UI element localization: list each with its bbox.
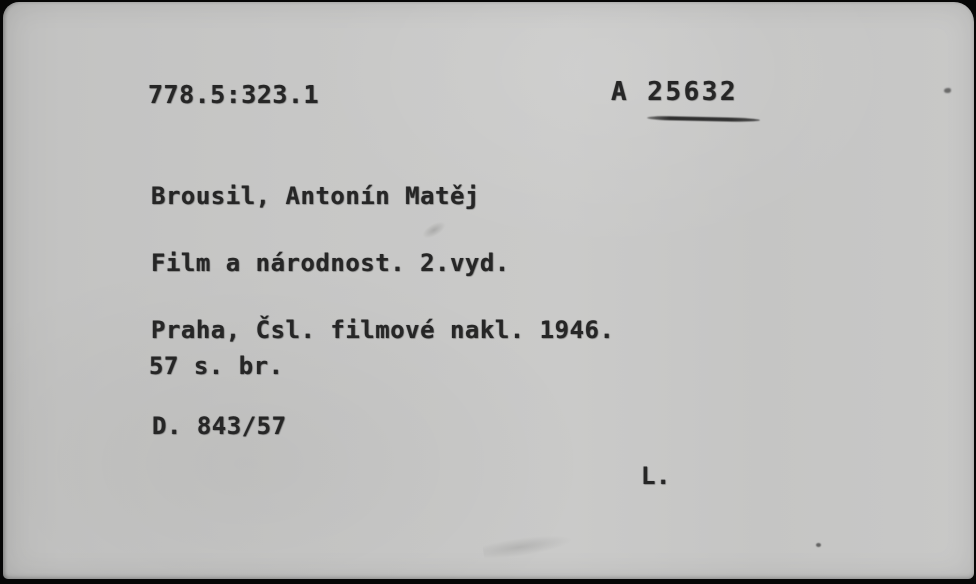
dust-speck — [816, 543, 821, 547]
accession-underline — [647, 116, 760, 122]
call-number: 778.5:323.1 — [148, 80, 319, 109]
smudge-mark — [420, 218, 449, 241]
accession-number: A 25632 — [611, 77, 738, 107]
title-line: Film a národnost. 2.vyd. — [151, 249, 510, 277]
catalog-card: 778.5:323.1 A 25632 Brousil, Antonín Mat… — [3, 2, 974, 579]
acquisition-number: D. 843/57 — [152, 412, 287, 440]
dust-speck — [944, 88, 951, 93]
cataloguer-initial: L. — [641, 462, 671, 490]
smudge-mark — [482, 531, 574, 561]
collation-line: 57 s. br. — [149, 352, 284, 380]
author-line: Brousil, Antonín Matěj — [151, 182, 480, 210]
imprint-line: Praha, Čsl. filmové nakl. 1946. — [151, 316, 614, 344]
scanner-background: 778.5:323.1 A 25632 Brousil, Antonín Mat… — [0, 0, 976, 584]
